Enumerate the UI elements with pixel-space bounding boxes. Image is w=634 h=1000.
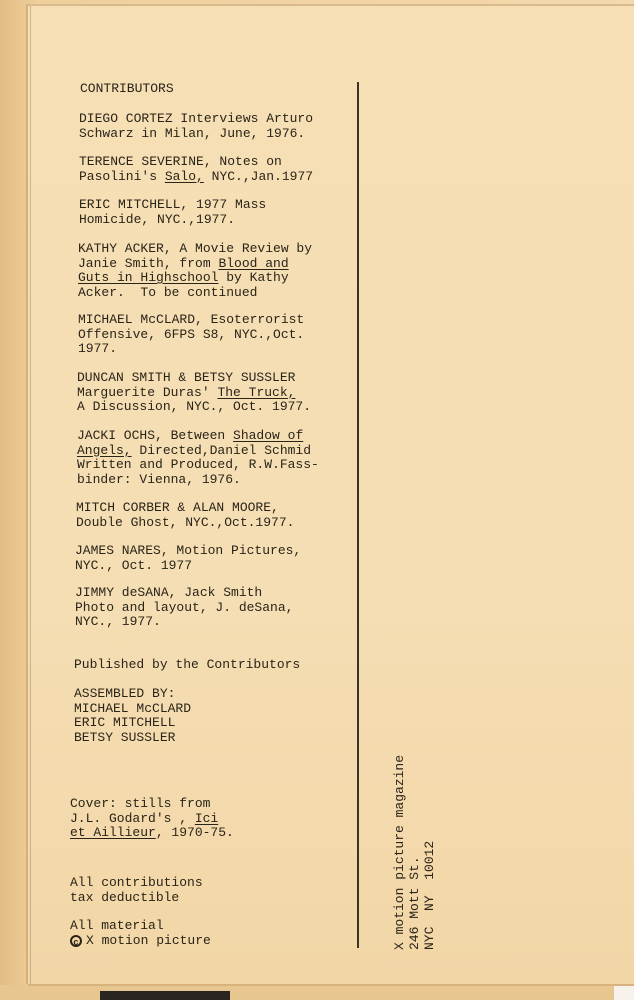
entry-nares: JAMES NARES, Motion Pictures, NYC., Oct.… [75, 544, 301, 573]
entry-cortez: DIEGO CORTEZ Interviews Arturo Schwarz i… [79, 112, 313, 141]
entry-corber-moore: MITCH CORBER & ALAN MOORE, Double Ghost,… [76, 501, 294, 530]
contributors-heading: CONTRIBUTORS [80, 82, 174, 97]
entry-severine: TERENCE SEVERINE, Notes on Pasolini's Sa… [79, 155, 313, 184]
assembled-by: ASSEMBLED BY: MICHAEL McCLARD ERIC MITCH… [74, 687, 191, 745]
entry-smith-sussler: DUNCAN SMITH & BETSY SUSSLER Marguerite … [77, 371, 311, 415]
published-by: Published by the Contributors [74, 658, 300, 673]
tax-note: All contributions tax deductible [70, 876, 203, 905]
address-block: X motion picture magazine 246 Mott St. N… [392, 755, 437, 950]
entry-ochs: JACKI OCHS, Between Shadow of Angels, Di… [77, 429, 319, 487]
underlying-print [100, 991, 230, 1000]
scan-margin [614, 985, 634, 1000]
underlying-page-edge [0, 985, 634, 1000]
vertical-rule [357, 82, 359, 948]
magazine-page: CONTRIBUTORS DIEGO CORTEZ Interviews Art… [28, 4, 634, 984]
entry-mitchell: ERIC MITCHELL, 1977 Mass Homicide, NYC.,… [79, 198, 266, 227]
copyright-note: All material cX motion picture [70, 919, 211, 948]
entry-mcclard: MICHAEL McCLARD, Esoterrorist Offensive,… [78, 313, 304, 357]
entry-desana: JIMMY deSANA, Jack Smith Photo and layou… [75, 586, 293, 630]
entry-acker: KATHY ACKER, A Movie Review by Janie Smi… [78, 242, 312, 300]
cover-credit: Cover: stills from J.L. Godard's , Ici e… [70, 797, 234, 841]
copyright-icon: c [70, 935, 82, 947]
